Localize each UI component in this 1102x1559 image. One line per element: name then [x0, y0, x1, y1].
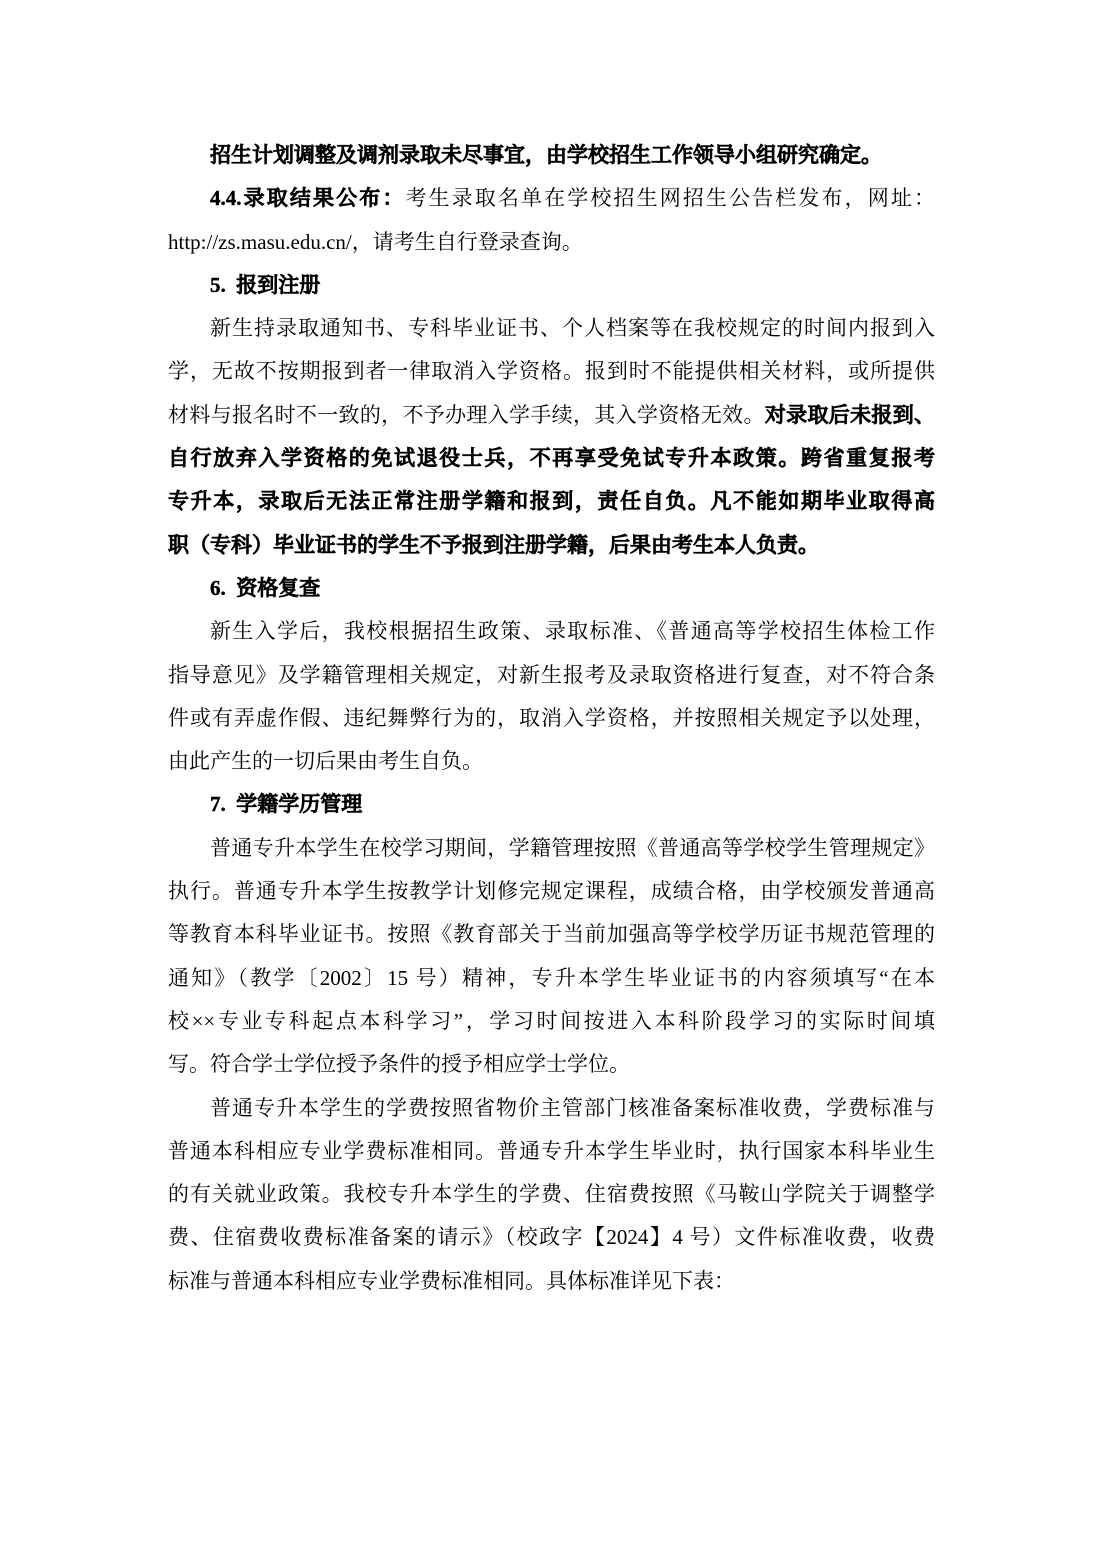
bold-text: 自行放弃入学资格的免试退役士兵，不再享受免试专升本政策。跨省重复报考 — [168, 446, 935, 470]
para-registration-requirements: 新生持录取通知书、专科毕业证书、个人档案等在我校规定的时间内报到入学，无故不按期… — [168, 307, 935, 567]
bold-text: 职（专科）毕业证书的学生不予报到注册学籍，后果由考生本人负责。 — [168, 533, 819, 557]
body-text: 的有关就业政策。我校专升本学生的学费、住宿费按照《马鞍山学院关于调整学 — [168, 1182, 935, 1206]
text-line: 由此产生的一切后果由考生自负。 — [168, 740, 935, 783]
body-text: 件或有弄虚作假、违纪舞弊行为的，取消入学资格，并按照相关规定予以处理， — [168, 706, 935, 730]
text-line: 6. 资格复查 — [168, 567, 935, 610]
body-text: 费、住宿费收费标准备案的请示》（校政字【2024】4 号）文件标准收费，收费 — [168, 1225, 935, 1249]
text-line: 执行。普通专升本学生按教学计划修完规定课程，成绩合格，由学校颁发普通高 — [168, 870, 935, 913]
bold-text: 5. 报到注册 — [210, 273, 320, 297]
body-text: 新生入学后，我校根据招生政策、录取标准、《普通高等学校招生体检工作 — [210, 619, 935, 643]
body-text: 普通专升本学生的学费按照省物价主管部门核准备案标准收费，学费标准与 — [210, 1096, 935, 1120]
text-line: 招生计划调整及调剂录取未尽事宜，由学校招生工作领导小组研究确定。 — [168, 134, 935, 177]
bold-text: 对录取后未报到、 — [765, 403, 935, 427]
text-line: 普通专升本学生的学费按照省物价主管部门核准备案标准收费，学费标准与 — [168, 1087, 935, 1130]
para-plan-adjustment-conclusion: 招生计划调整及调剂录取未尽事宜，由学校招生工作领导小组研究确定。 — [168, 134, 935, 177]
text-line: 校××专业专科起点本科学习”，学习时间按进入本科阶段学习的实际时间填 — [168, 1000, 935, 1043]
body-text: 标准与普通本科相应专业学费标准相同。具体标准详见下表： — [168, 1269, 735, 1293]
text-line: 费、住宿费收费标准备案的请示》（校政字【2024】4 号）文件标准收费，收费 — [168, 1216, 935, 1259]
body-text: 执行。普通专升本学生按教学计划修完规定课程，成绩合格，由学校颁发普通高 — [168, 879, 935, 903]
body-text: 写。符合学士学位授予条件的授予相应学士学位。 — [168, 1052, 630, 1076]
document-page: 招生计划调整及调剂录取未尽事宜，由学校招生工作领导小组研究确定。4.4.录取结果… — [0, 0, 1102, 1559]
body-text: 考生录取名单在学校招生网招生公告栏发布，网址： — [405, 186, 935, 210]
text-line: 普通专升本学生在校学习期间，学籍管理按照《普通高等学校学生管理规定》 — [168, 827, 935, 870]
heading-section-6-qualification-review: 6. 资格复查 — [168, 567, 935, 610]
body-text: 学，无故不按期报到者一律取消入学资格。报到时不能提供相关材料，或所提供 — [168, 359, 935, 383]
text-line: 4.4.录取结果公布：考生录取名单在学校招生网招生公告栏发布，网址： — [168, 177, 935, 220]
text-line: 专升本，录取后无法正常注册学籍和报到，责任自负。凡不能如期毕业取得高 — [168, 480, 935, 523]
bold-text: 6. 资格复查 — [210, 576, 320, 600]
body-text: 通知》（教学〔2002〕15 号）精神，专升本学生毕业证书的内容须填写“在本 — [168, 966, 935, 990]
para-admission-results-announcement: 4.4.录取结果公布：考生录取名单在学校招生网招生公告栏发布，网址：http:/… — [168, 177, 935, 264]
bold-text: 招生计划调整及调剂录取未尽事宜，由学校招生工作领导小组研究确定。 — [210, 143, 882, 167]
para-tuition-fees: 普通专升本学生的学费按照省物价主管部门核准备案标准收费，学费标准与普通本科相应专… — [168, 1087, 935, 1303]
text-line: 自行放弃入学资格的免试退役士兵，不再享受免试专升本政策。跨省重复报考 — [168, 437, 935, 480]
body-text: http://zs.masu.edu.cn/，请考生自行登录查询。 — [168, 230, 583, 254]
body-text: 新生持录取通知书、专科毕业证书、个人档案等在我校规定的时间内报到入 — [210, 316, 935, 340]
body-text: 指导意见》及学籍管理相关规定，对新生报考及录取资格进行复查，对不符合条 — [168, 663, 935, 687]
text-line: 新生持录取通知书、专科毕业证书、个人档案等在我校规定的时间内报到入 — [168, 307, 935, 350]
text-line: 职（专科）毕业证书的学生不予报到注册学籍，后果由考生本人负责。 — [168, 524, 935, 567]
body-text: 由此产生的一切后果由考生自负。 — [168, 749, 483, 773]
text-line: 7. 学籍学历管理 — [168, 783, 935, 826]
text-line: 5. 报到注册 — [168, 264, 935, 307]
text-line: 件或有弄虚作假、违纪舞弊行为的，取消入学资格，并按照相关规定予以处理， — [168, 697, 935, 740]
heading-section-7-student-status: 7. 学籍学历管理 — [168, 783, 935, 826]
heading-section-5-registration: 5. 报到注册 — [168, 264, 935, 307]
body-text: 普通专升本学生在校学习期间，学籍管理按照《普通高等学校学生管理规定》 — [210, 836, 935, 860]
body-text: 校××专业专科起点本科学习”，学习时间按进入本科阶段学习的实际时间填 — [168, 1009, 935, 1033]
text-line: 通知》（教学〔2002〕15 号）精神，专升本学生毕业证书的内容须填写“在本 — [168, 957, 935, 1000]
bold-text: 7. 学籍学历管理 — [210, 792, 362, 816]
bold-text: 专升本，录取后无法正常注册学籍和报到，责任自负。凡不能如期毕业取得高 — [168, 489, 935, 513]
text-line: 写。符合学士学位授予条件的授予相应学士学位。 — [168, 1043, 935, 1086]
text-line: 指导意见》及学籍管理相关规定，对新生报考及录取资格进行复查，对不符合条 — [168, 654, 935, 697]
text-line: 标准与普通本科相应专业学费标准相同。具体标准详见下表： — [168, 1260, 935, 1303]
text-line: 学，无故不按期报到者一律取消入学资格。报到时不能提供相关材料，或所提供 — [168, 350, 935, 393]
text-line: 的有关就业政策。我校专升本学生的学费、住宿费按照《马鞍山学院关于调整学 — [168, 1173, 935, 1216]
para-qualification-review: 新生入学后，我校根据招生政策、录取标准、《普通高等学校招生体检工作指导意见》及学… — [168, 610, 935, 783]
text-line: 普通本科相应专业学费标准相同。普通专升本学生毕业时，执行国家本科毕业生 — [168, 1130, 935, 1173]
text-line: 材料与报名时不一致的，不予办理入学手续，其入学资格无效。对录取后未报到、 — [168, 394, 935, 437]
text-line: 新生入学后，我校根据招生政策、录取标准、《普通高等学校招生体检工作 — [168, 610, 935, 653]
body-text: 等教育本科毕业证书。按照《教育部关于当前加强高等学校学历证书规范管理的 — [168, 922, 935, 946]
document-body: 招生计划调整及调剂录取未尽事宜，由学校招生工作领导小组研究确定。4.4.录取结果… — [168, 134, 935, 1303]
para-student-status-management: 普通专升本学生在校学习期间，学籍管理按照《普通高等学校学生管理规定》执行。普通专… — [168, 827, 935, 1087]
body-text: 普通本科相应专业学费标准相同。普通专升本学生毕业时，执行国家本科毕业生 — [168, 1139, 935, 1163]
bold-text: 4.4.录取结果公布： — [210, 186, 405, 210]
text-line: 等教育本科毕业证书。按照《教育部关于当前加强高等学校学历证书规范管理的 — [168, 913, 935, 956]
body-text: 材料与报名时不一致的，不予办理入学手续，其入学资格无效。 — [168, 403, 765, 427]
text-line: http://zs.masu.edu.cn/，请考生自行登录查询。 — [168, 221, 935, 264]
